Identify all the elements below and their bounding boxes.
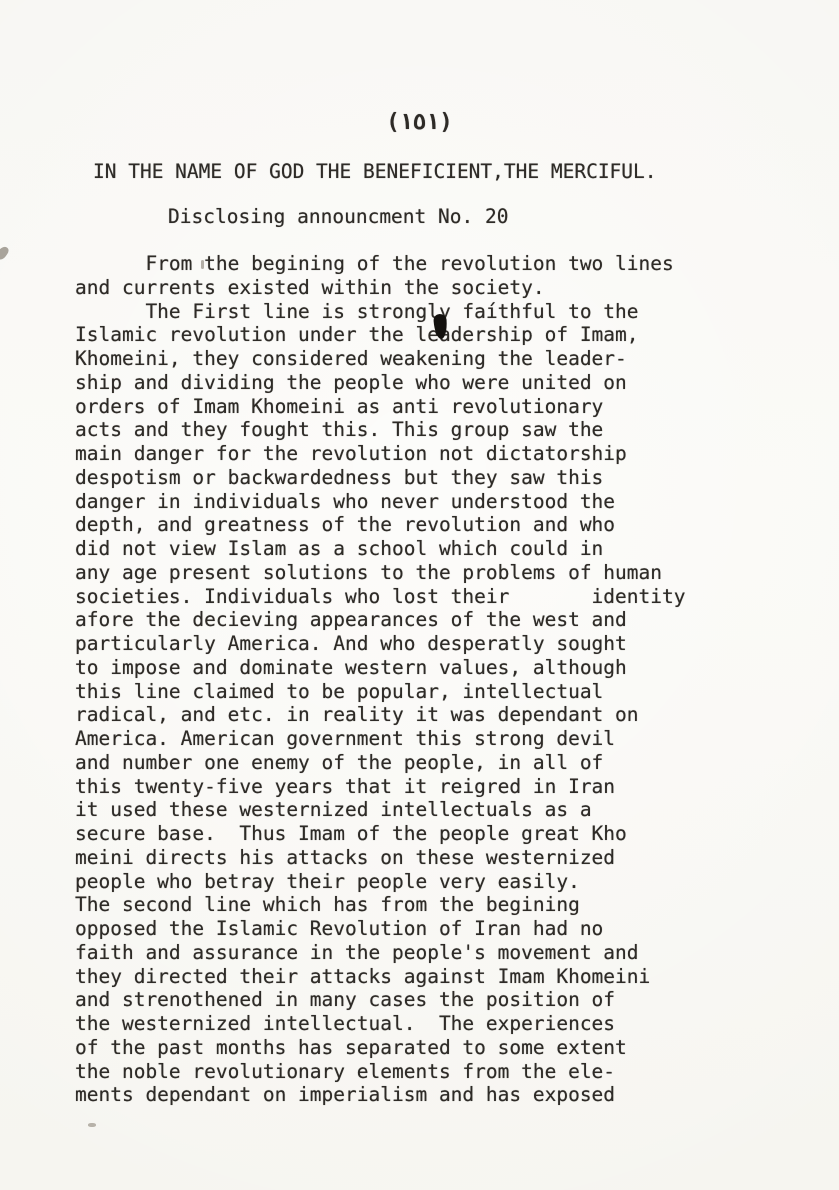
body-text-line: despotism or backwardedness but they saw… [75,466,685,490]
body-text-line: of the past months has separated to some… [75,1036,685,1060]
body-text-line: The second line which has from the begin… [75,893,685,917]
body-text-line: people who betray their people very easi… [75,870,685,894]
body-text-line: and strenothened in many cases the posit… [75,988,685,1012]
body-text-line: to impose and dominate western values, a… [75,656,685,680]
body-text-line: they directed their attacks against Imam… [75,965,685,989]
body-text-line: and number one enemy of the people, in a… [75,751,685,775]
body-text-line: this twenty-five years that it reigred i… [75,775,685,799]
body-text-line: and currents existed within the society. [75,276,685,300]
page-number: (١٥١) [0,110,839,135]
scan-speck [0,245,10,262]
body-text-line: acts and they fought this. This group sa… [75,418,685,442]
body-text-line: America. American government this strong… [75,727,685,751]
scan-speck [201,260,204,269]
body-text-line: Islamic revolution under the leadership … [75,323,685,347]
body-text-line: The First line is strongly faíthful to t… [75,300,685,324]
scan-speck [88,1123,96,1127]
document-body: From the begining of the revolution two … [75,252,685,1107]
body-text-line: ments dependant on imperialism and has e… [75,1083,685,1107]
body-text-line: this line claimed to be popular, intelle… [75,680,685,704]
body-text-line: orders of Imam Khomeini as anti revoluti… [75,395,685,419]
body-text-line: main danger for the revolution not dicta… [75,442,685,466]
body-text-line: meini directs his attacks on these weste… [75,846,685,870]
body-text-line: depth, and greatness of the revolution a… [75,513,685,537]
body-text-line: particularly America. And who desperatly… [75,632,685,656]
body-text-line: danger in individuals who never understo… [75,490,685,514]
document-title: Disclosing announcment No. 20 [168,205,508,228]
invocation-line: IN THE NAME OF GOD THE BENEFICIENT,THE M… [93,160,657,183]
scanned-document-page: (١٥١) IN THE NAME OF GOD THE BENEFICIENT… [0,0,839,1190]
body-text-line: secure base. Thus Imam of the people gre… [75,822,685,846]
body-text-line: Khomeini, they considered weakening the … [75,347,685,371]
body-text-line: afore the decieving appearances of the w… [75,608,685,632]
body-text-line: opposed the Islamic Revolution of Iran h… [75,917,685,941]
body-text-line: the noble revolutionary elements from th… [75,1060,685,1084]
body-text-line: any age present solutions to the problem… [75,561,685,585]
body-text-line: ship and dividing the people who were un… [75,371,685,395]
body-text-line: it used these westernized intellectuals … [75,798,685,822]
body-text-line: the westernized intellectual. The experi… [75,1012,685,1036]
body-text-line: faith and assurance in the people's move… [75,941,685,965]
body-text-line: From the begining of the revolution two … [75,252,685,276]
body-text-line: societies. Individuals who lost their id… [75,585,685,609]
body-text-line: did not view Islam as a school which cou… [75,537,685,561]
body-text-line: radical, and etc. in reality it was depe… [75,703,685,727]
